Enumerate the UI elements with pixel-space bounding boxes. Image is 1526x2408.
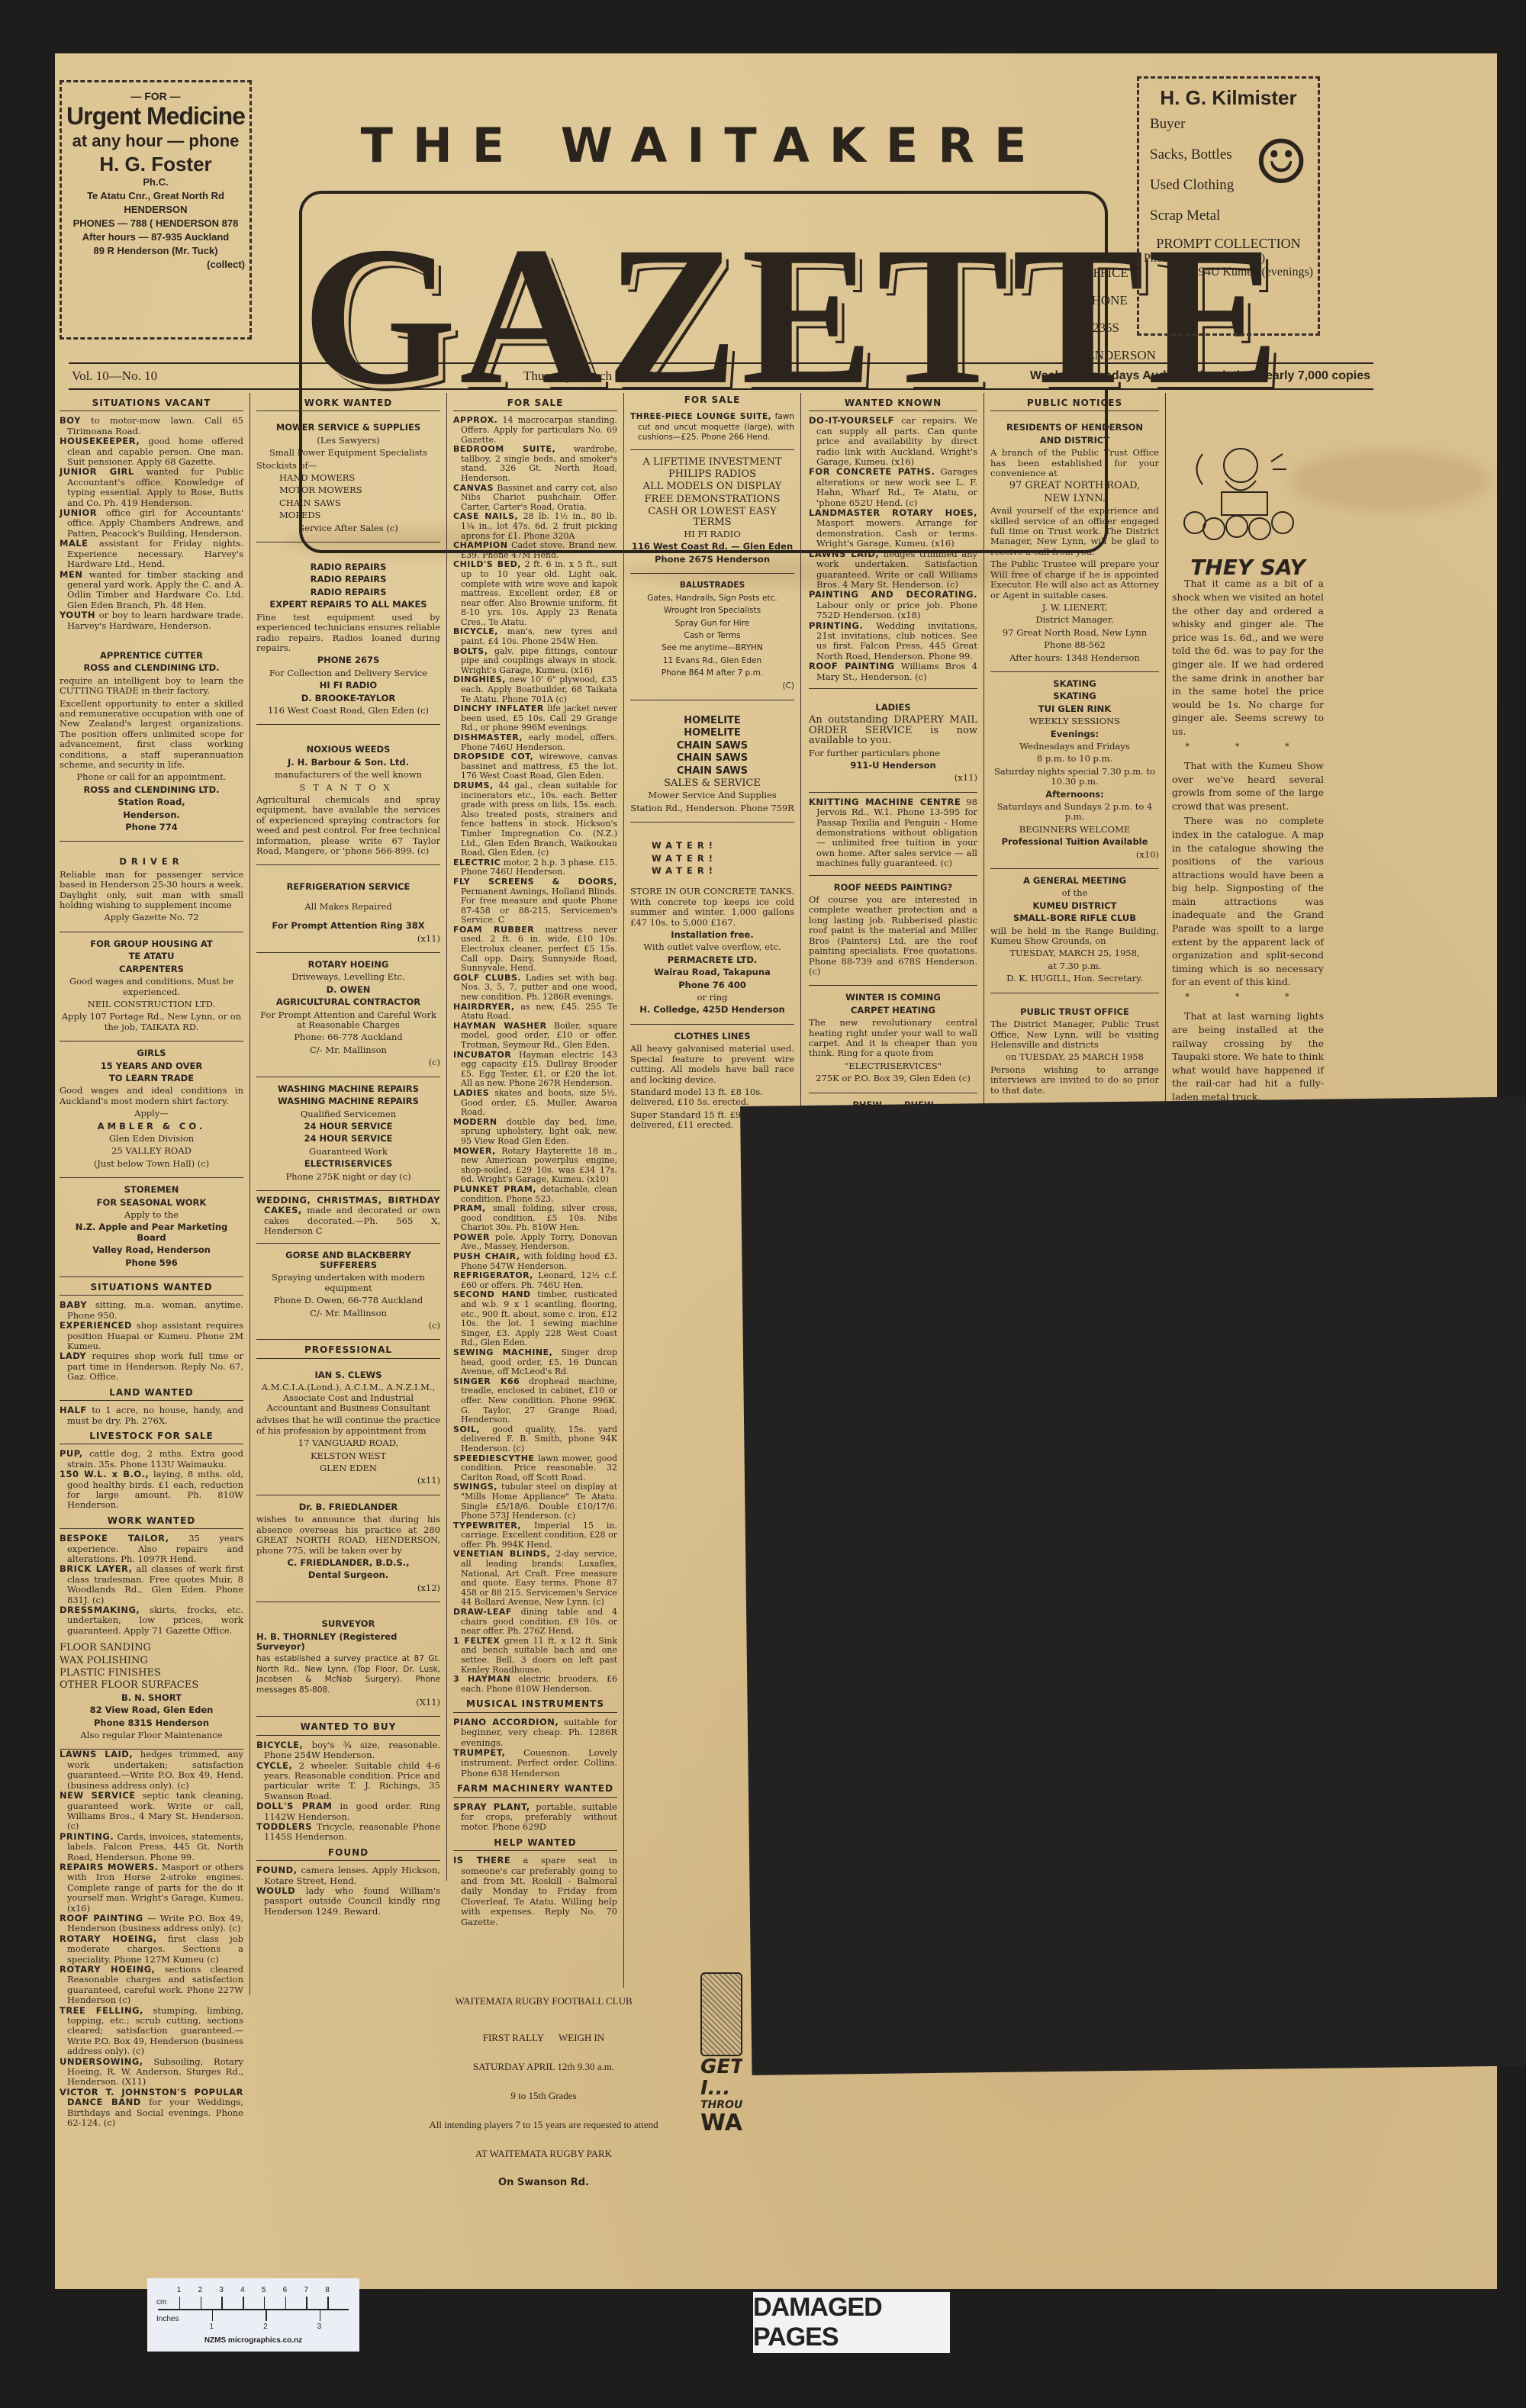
classified-key: VENETIAN BLINDS,	[453, 1549, 550, 1559]
classified-key: CANVAS	[453, 483, 494, 493]
ad-box-kilmister: H. G. Kilmister Buyer Sacks, Bottles Use…	[1137, 76, 1320, 336]
ad-line: HOMELITE	[630, 728, 794, 738]
classified-key: LADY	[60, 1350, 86, 1361]
classified-item: PUP, cattle dog, 2 mths. Extra good stra…	[60, 1449, 243, 1470]
ad-line: Evenings:	[990, 729, 1159, 739]
ad-heading: ROOF NEEDS PAINTING?	[809, 883, 977, 893]
classified-item: ROTARY HOEING, sections cleared Reasonab…	[60, 1965, 243, 2006]
classified-item: REFRIGERATOR, Leonard, 12½ c.f. £60 or o…	[453, 1271, 617, 1290]
ad-line: RADIO REPAIRS	[256, 575, 440, 584]
classified-key: PRINTING.	[809, 620, 863, 631]
classified-item: DRUMS, 44 gal., clean suitable for incin…	[453, 781, 617, 858]
ad-line: WASHING MACHINE REPAIRS	[256, 1084, 440, 1094]
column-they-say: THEY SAY That it came as a bit of a shoc…	[1166, 393, 1330, 1156]
classified-item: BRICK LAYER, all classes of work first c…	[60, 1564, 243, 1605]
ad-name: H. G. Foster	[66, 153, 245, 175]
ad-heading: CLOTHES LINES	[630, 1032, 794, 1041]
ad-body: wishes to announce that during his absen…	[256, 1515, 440, 1556]
ad-sub: Driveways, Levelling Etc.	[256, 972, 440, 982]
rugby-date: SATURDAY APRIL 12th 9.30 a.m.	[259, 2061, 828, 2073]
cm-tick	[285, 2297, 287, 2309]
notice-addr: NEW LYNN.	[990, 494, 1159, 504]
classified-item: VENETIAN BLINDS, 2-day service, all lead…	[453, 1550, 617, 1608]
classified-key: PUSH CHAIR,	[453, 1251, 520, 1261]
classified-key: SPRAY PLANT,	[453, 1801, 530, 1812]
ad-driver: DRIVER Reliable man for passenger servic…	[60, 842, 243, 932]
column-public-notices: PUBLIC NOTICES RESIDENTS OF HENDERSON AN…	[984, 393, 1166, 1156]
classified-item: WOULD lady who found William's passport …	[256, 1886, 440, 1917]
ad-company: ROSS and CLENDINING LTD.	[60, 663, 243, 673]
classified-key: JUNIOR	[60, 507, 97, 518]
classified-item: 3 HAYMAN electric brooders, £6 each. Pho…	[453, 1675, 617, 1694]
ad-sub: 15 YEARS AND OVER	[60, 1061, 243, 1071]
cm-tick-label: 4	[240, 2286, 245, 2294]
ad-line: Saturday nights special 7.30 p.m. to 10.…	[990, 767, 1159, 787]
classified-list: BOY to motor-mow lawn. Call 65 Tirimoana…	[60, 416, 243, 631]
classified-key: SINGER K66	[453, 1376, 520, 1386]
classified-item: UNDERSOWING, Subsoiling, Rotary Hoeing, …	[60, 2057, 243, 2088]
ad-line: FREE DEMONSTRATIONS	[630, 494, 794, 504]
classified-key: BEDROOM SUITE,	[453, 444, 555, 454]
classified-key: INCUBATOR	[453, 1050, 511, 1060]
classified-item: APPROX. 14 macrocarpas standing. Offers.…	[453, 416, 617, 445]
ad-name: D. OWEN	[256, 985, 440, 995]
classified-list: BABY sitting, m.a. woman, anytime. Phone…	[60, 1300, 243, 1382]
cm-tick-label: 2	[198, 2286, 203, 2294]
classified-key: SEWING MACHINE,	[453, 1347, 552, 1357]
classified-item: TYPEWRITER, Imperial 15 in. carriage. Ex…	[453, 1521, 617, 1550]
ad-body: Of course you are interested in complete…	[809, 895, 977, 977]
ad-headline: Urgent Medicine	[66, 102, 245, 130]
ad-line: manufacturers of the well known	[256, 770, 440, 780]
ad-name: "ELECTRISERVICES"	[809, 1061, 977, 1071]
ad-for: — FOR —	[66, 90, 245, 102]
ad-apply: Apply Gazette No. 72	[60, 913, 243, 922]
ad-address: Te Atatu Cnr., Great North Rd	[66, 189, 245, 203]
rugby-grades: 9 to 15th Grades	[259, 2090, 828, 2102]
ad-trade: CARPENTERS	[60, 964, 243, 974]
classified-item: BICYCLE, man's, new tyres and paint. £4 …	[453, 627, 617, 646]
damage-cover	[740, 1096, 1526, 2075]
classified-text: wanted for timber stacking and general y…	[67, 569, 243, 610]
classified-item: MODERN double day bed, lime, sprung upho…	[453, 1118, 617, 1147]
classified-item: POWER pole. Apply Torry, Donovan Ave., M…	[453, 1233, 617, 1252]
classified-key: MEN	[60, 569, 82, 580]
dateline: Vol. 10—No. 10 Thursday, March 20, 1958.…	[69, 362, 1373, 390]
classified-key: GOLF CLUBS.	[453, 973, 521, 983]
classified-list: SPRAY PLANT, portable, suitable for crop…	[453, 1802, 617, 1833]
article-paragraph: That with the Kumeu Show over we've hear…	[1172, 759, 1324, 813]
classified-item: BOLTS, galv. pipe fittings, contour pipe…	[453, 647, 617, 676]
classified-key: DRUMS,	[453, 781, 494, 790]
ad-heading: BALUSTRADES	[630, 581, 794, 591]
ad-code: (c)	[256, 1321, 440, 1331]
section-heading: FOR SALE	[453, 396, 617, 411]
ad-phone: Phone 267S Henderson	[630, 555, 794, 565]
classified-key: REFRIGERATOR,	[453, 1270, 533, 1280]
classified-text: to 1 acre, no house, handy, and must be …	[67, 1405, 243, 1425]
classified-item: TODDLERS Tricycle, reasonable Phone 1145…	[256, 1822, 440, 1843]
cm-tick-label: 3	[219, 2286, 224, 2294]
ad-addr: Station Road,	[60, 797, 243, 807]
classified-item: BABY sitting, m.a. woman, anytime. Phone…	[60, 1300, 243, 1321]
ad-line: Stockists of—	[256, 461, 440, 471]
classified-item: DRESSMAKING, skirts, frocks, etc. undert…	[60, 1605, 243, 1636]
section-heading: LAND WANTED	[60, 1386, 243, 1401]
ad-sub: FOR SEASONAL WORK	[60, 1198, 243, 1208]
ad-division: Glen Eden Division	[60, 1134, 243, 1144]
classified-key: HALF	[60, 1405, 87, 1415]
classified-item: DINGHIES, new 10' 6" plywood, £35 each. …	[453, 675, 617, 704]
ad-line: 24 HOUR SERVICE	[256, 1134, 440, 1144]
ad-line: Service After Sales (c)	[256, 523, 440, 533]
ad-heading: GORSE AND BLACKBERRY SUFFERERS	[256, 1251, 440, 1271]
classified-item: FLY SCREENS & DOORS, Permanent Awnings, …	[453, 877, 617, 926]
rugby-road: On Swanson Rd.	[259, 2177, 828, 2188]
phone-number: 235S	[1077, 314, 1135, 342]
notice-addr: 97 Great North Road, New Lynn	[990, 628, 1159, 638]
ad-line: For further particulars phone	[809, 748, 977, 758]
ad-clews: IAN S. CLEWS A.M.C.I.A.(Lond.), A.C.I.M.…	[256, 1363, 440, 1495]
ad-line: Installation free.	[630, 930, 794, 940]
ad-body: For Prompt Attention and Careful Work at…	[256, 1010, 440, 1031]
cm-tick	[179, 2297, 181, 2309]
classified-item: GOLF CLUBS. Ladies set with bag. Nos. 3,…	[453, 974, 617, 1003]
ad-brand: STANTOX	[256, 783, 440, 793]
classified-key: DINCHY INFLATER	[453, 703, 544, 713]
classified-list: LAWNS LAID, hedges trimmed, any work und…	[60, 1750, 243, 2128]
notice-date: on TUESDAY, 25 MARCH 1958	[990, 1052, 1159, 1062]
classified-list: DO-IT-YOURSELF car repairs. We can suppl…	[809, 416, 977, 682]
classified-item: LANDMASTER ROTARY HOES, Masport mowers. …	[809, 508, 977, 549]
classified-list: APPROX. 14 macrocarpas standing. Offers.…	[453, 416, 617, 1694]
ruler-brand: NZMS micrographics.co.nz	[147, 2336, 359, 2345]
ad-line: WATER!	[630, 841, 794, 851]
notice-body: The Public Trustee will prepare your Wil…	[990, 559, 1159, 600]
ad-name: HI FI RADIO	[256, 681, 440, 691]
classified-item: DROPSIDE COT, wirewove, canvas bassinet …	[453, 752, 617, 781]
classified-key: TODDLERS	[256, 1821, 312, 1832]
ad-line: or ring	[630, 993, 794, 1003]
ad-addr: 17 VANGUARD ROAD,	[256, 1438, 440, 1448]
classified-item: FOUND, camera lenses. Apply Hickson, Kot…	[256, 1866, 440, 1886]
article-body: That it came as a bit of a shock when we…	[1172, 577, 1324, 1138]
classified-item: DRAW-LEAF dining table and 4 chairs good…	[453, 1608, 617, 1637]
classified-key: UNDERSOWING,	[60, 2056, 143, 2067]
classified-item: EXPERIENCED shop assistant requires posi…	[60, 1321, 243, 1351]
ad-skating: SKATING SKATING TUI GLEN RINK WEEKLY SES…	[990, 672, 1159, 869]
ad-company: NEIL CONSTRUCTION LTD.	[60, 1000, 243, 1009]
ad-sub: All Makes Repaired	[256, 902, 440, 912]
classified-list: FOUND, camera lenses. Apply Hickson, Kot…	[256, 1866, 440, 1917]
classified-key: BICYCLE,	[453, 626, 498, 636]
classified-item: PLUNKET PRAM, detachable, clean conditio…	[453, 1185, 617, 1204]
ad-name: HI FI RADIO	[630, 530, 794, 539]
ad-line: Qualified Servicemen	[256, 1109, 440, 1119]
ad-line: 24 HOUR SERVICE	[256, 1122, 440, 1132]
ad-code: (C)	[630, 681, 794, 691]
ad-carpet-heating: WINTER IS COMING CARPET HEATING The new …	[809, 986, 977, 1093]
classified-key: FOUND,	[256, 1865, 298, 1875]
section-heading: FOUND	[256, 1846, 440, 1861]
classified-item: DINCHY INFLATER life jacket never been u…	[453, 704, 617, 733]
classified-item: BESPOKE TAILOR, 35 years experience. Als…	[60, 1534, 243, 1564]
classified-key: CYCLE,	[256, 1760, 292, 1771]
notice-body: Avail yourself of the experience and ski…	[990, 506, 1159, 557]
classified-item: SECOND HAND timber, rusticated and w.b. …	[453, 1290, 617, 1348]
ad-line: 11 Evans Rd., Glen Eden	[630, 656, 794, 666]
ad-item: HAND MOWERS	[256, 473, 440, 483]
ad-body: Good wages and conditions. Must be exper…	[60, 977, 243, 997]
ad-phones2: 94U Kumeu (evenings)	[1144, 266, 1313, 279]
ad-item: MOPEDS	[256, 510, 440, 520]
ad-body: Fine test equipment used by experienced …	[256, 613, 440, 654]
classified-key: BOLTS,	[453, 646, 488, 656]
ad-heading: ROTARY HOEING	[256, 960, 440, 970]
ad-prompt: PROMPT COLLECTION	[1144, 236, 1313, 252]
ad-line: CHAIN SAWS	[630, 741, 794, 751]
classified-key: DOLL'S PRAM	[256, 1801, 332, 1811]
classified-item: TRUMPET, Couesnon. Lovely instrument. Pe…	[453, 1748, 617, 1779]
ad-permacrete: WATER! WATER! WATER! STORE IN OUR CONCRE…	[630, 823, 794, 1025]
classified-key: ELECTRIC	[453, 858, 501, 868]
classified-item: IS THERE a spare seat in someone's car p…	[453, 1856, 617, 1927]
ad-body: STORE IN OUR CONCRETE TANKS. With concre…	[630, 887, 794, 928]
classified-key: ROOF PAINTING	[809, 661, 895, 671]
classified-key: IS THERE	[453, 1855, 510, 1866]
classified-item: MALE assistant for Friday nights. Experi…	[60, 539, 243, 569]
classified-key: 150 W.L. x B.O.,	[60, 1469, 149, 1479]
classified-item: DISHMASTER, early model, offers. Phone 7…	[453, 733, 617, 752]
ad-code: (x11)	[256, 1476, 440, 1486]
inch-label: Inches	[156, 2315, 179, 2323]
ad-balustrades: BALUSTRADES Gates, Handrails, Sign Posts…	[630, 574, 794, 700]
ad-heading: STOREMEN	[60, 1185, 243, 1195]
wantad-line: WAN...	[700, 2111, 742, 2133]
ad-line: PLASTIC FINISHES	[60, 1668, 243, 1678]
classified-item: NEW SERVICE septic tank cleaning, guaran…	[60, 1791, 243, 1832]
ad-line: Cash or Terms	[630, 631, 794, 641]
ad-line: Professional Tuition Available	[990, 837, 1159, 847]
ad-care: C/- Mr. Mallinson	[256, 1045, 440, 1055]
notice-heading: A GENERAL MEETING	[990, 876, 1159, 886]
ad-phones: PHONES — 788 ( HENDERSON 878	[66, 217, 245, 230]
classified-key: FOAM RUBBER	[453, 925, 534, 935]
ad-body: All heavy galvanised material used. Spec…	[630, 1044, 794, 1085]
ad-line: FLOOR SANDING	[60, 1643, 243, 1653]
ad-key: KNITTING MACHINE CENTRE	[809, 797, 961, 807]
ad-after-hours: After hours — 87-935 Auckland	[66, 230, 245, 244]
ad-homelite: HOMELITE HOMELITE CHAIN SAWS CHAIN SAWS …	[630, 700, 794, 823]
classified-key: LADIES	[453, 1088, 489, 1098]
ad-line: Wednesdays and Fridays	[990, 742, 1159, 752]
classified-key: DO-IT-YOURSELF	[809, 415, 894, 426]
classified-item: ROOF PAINTING — Write P.O. Box 49, Hende…	[60, 1914, 243, 1934]
ad-heading: NOXIOUS WEEDS	[256, 745, 440, 755]
volume: Vol. 10—No. 10	[72, 369, 157, 384]
ad-line: WATER!	[630, 866, 794, 876]
classified-key: DROPSIDE COT,	[453, 752, 533, 761]
ad-body: Spraying undertaken with modern equipmen…	[256, 1273, 440, 1293]
classified-item: LADY requires shop work full time or par…	[60, 1351, 243, 1382]
ad-lounge-suite: THREE-PIECE LOUNGE SUITE, fawn cut and u…	[630, 407, 794, 449]
cm-tick	[264, 2297, 266, 2309]
ad-quals: A.M.C.I.A.(Lond.), A.C.I.M., A.N.Z.I.M.,…	[256, 1383, 440, 1413]
ad-floor-sanding: FLOOR SANDING WAX POLISHING PLASTIC FINI…	[60, 1636, 243, 1750]
classified-list: IS THERE a spare seat in someone's car p…	[453, 1856, 617, 1927]
ad-phone: Phone 774	[60, 823, 243, 832]
ad-item: CHAIN SAWS	[256, 498, 440, 508]
notice-line: SMALL-BORE RIFLE CLUB	[990, 913, 1159, 923]
ad-addr: 25 VALLEY ROAD	[60, 1146, 243, 1156]
classified-key: ROTARY HOEING,	[60, 1964, 156, 1975]
classified-key: ROOF PAINTING	[60, 1913, 143, 1924]
classified-item: YOUTH or boy to learn hardware trade. Ha…	[60, 610, 243, 631]
notice-role: District Manager.	[990, 615, 1159, 625]
ad-heading: LADIES	[809, 703, 977, 713]
ad-line: BEGINNERS WELCOME	[990, 825, 1159, 835]
ad-sub: TO LEARN TRADE	[60, 1074, 243, 1083]
notice-rifle-club: A GENERAL MEETING of the KUMEU DISTRICT …	[990, 869, 1159, 993]
ad-surveyor: SURVEYOR H. B. THORNLEY (Registered Surv…	[256, 1602, 440, 1717]
issue-date: Thursday, March 20, 1958.	[523, 369, 664, 384]
notice-body: will be held in the Range Building, Kume…	[990, 926, 1159, 947]
ad-roof-painting: ROOF NEEDS PAINTING? Of course you are i…	[809, 876, 977, 987]
classified-key: CASE NAILS,	[453, 511, 518, 521]
classified-key: DINGHIES,	[453, 674, 506, 684]
classified-text: Masport mowers. Arrange for demonstratio…	[816, 517, 977, 549]
classified-key: TREE FELLING,	[60, 2005, 143, 2016]
separator: * * *	[1172, 992, 1324, 1002]
classified-key: DRAW-LEAF	[453, 1607, 512, 1617]
classified-item: BOY to motor-mow lawn. Call 65 Tirimoana…	[60, 416, 243, 436]
ad-line: H. Colledge, 425D Henderson	[630, 1005, 794, 1015]
classified-item: MOWER, Rotary Hayterette 18 in., new Ame…	[453, 1147, 617, 1185]
ad-line: SALES & SERVICE	[630, 778, 794, 788]
classified-key: BRICK LAYER,	[60, 1563, 132, 1574]
classified-key: WOULD	[256, 1885, 295, 1896]
classified-key: PAINTING AND DECORATING.	[809, 589, 977, 600]
classified-item: CYCLE, 2 wheeler. Suitable child 4-6 yea…	[256, 1761, 440, 1802]
column-situations: SITUATIONS VACANT BOY to motor-mow lawn.…	[53, 393, 250, 1995]
notice-time: at 7.30 p.m.	[990, 961, 1159, 971]
ad-apply: Apply—	[60, 1109, 243, 1119]
ad-addr: 116 West Coast Rd. — Glen Eden	[630, 542, 794, 552]
circulation: Weekly, Thursdays Audited Circulation ne…	[1030, 369, 1370, 383]
ad-addr: 116 West Coast Road, Glen Eden (c)	[256, 706, 440, 716]
classified-key: PRINTING.	[60, 1831, 114, 1842]
ad-line: WAX POLISHING	[60, 1656, 243, 1666]
ad-apply: Apply 107 Portage Rd., New Lynn, or on t…	[60, 1012, 243, 1032]
notice-date: TUESDAY, MARCH 25, 1958,	[990, 948, 1159, 958]
notice-sign: J. W. LIENERT,	[990, 603, 1159, 613]
ad-heading: WINTER IS COMING	[809, 993, 977, 1003]
cm-tick	[201, 2297, 202, 2309]
classified-key: MODERN	[453, 1117, 497, 1127]
classified-text: a spare seat in someone's car preferably…	[461, 1855, 617, 1927]
ad-line: PHILIPS RADIOS	[630, 469, 794, 479]
classified-key: TYPEWRITER,	[453, 1521, 521, 1531]
ad-role: Dental Surgeon.	[256, 1570, 440, 1580]
classified-key: HAIRDRYER,	[453, 1002, 515, 1012]
classified-item: CHILD'S BED, 2 ft. 6 in. x 5 ft., suit u…	[453, 560, 617, 627]
classified-item: HAYMAN WASHER Boiler, square model, good…	[453, 1022, 617, 1051]
notice-public-trust: RESIDENTS OF HENDERSON AND DISTRICT A br…	[990, 416, 1159, 672]
classified-text: assistant for Friday nights. Experience …	[67, 538, 243, 569]
classified-key: JUNIOR GIRL	[60, 466, 134, 477]
section-heading: PUBLIC NOTICES	[990, 396, 1159, 411]
wantad-promo: GET I... THROUG... WAN...	[700, 1972, 742, 2133]
classified-item: SINGER K66 drophead machine, treadle, en…	[453, 1377, 617, 1425]
classified-item: SPEEDIESCYTHE lawn mower, good condition…	[453, 1454, 617, 1483]
ad-company: J. H. Barbour & Son. Ltd.	[256, 758, 440, 768]
ad-name: C. FRIEDLANDER, B.D.S.,	[256, 1558, 440, 1568]
classified-key: SOIL,	[453, 1425, 480, 1434]
ad-phones: Phones: 407 Hend. (day)	[1144, 252, 1313, 266]
classified-item: DOLL'S PRAM in good order. Ring 1142W He…	[256, 1801, 440, 1822]
classified-item: ELECTRIC motor, 2 h.p. 3 phase. £15. Pho…	[453, 858, 617, 877]
classified-item: BICYCLE, boy's ¾ size, reasonable. Phone…	[256, 1740, 440, 1761]
cm-tick	[306, 2297, 307, 2309]
classified-key: SPEEDIESCYTHE	[453, 1453, 534, 1463]
ad-line: WASHING MACHINE REPAIRS	[256, 1096, 440, 1106]
classified-item: FOAM RUBBER mattress never used. 2 ft. 6…	[453, 926, 617, 974]
classified-key: NEW SERVICE	[60, 1790, 136, 1801]
inch-tick	[320, 2309, 321, 2321]
ad-company: AMBLER & CO.	[60, 1122, 243, 1132]
notice-body: Persons wishing to arrange interviews ar…	[990, 1065, 1159, 1096]
classified-list: HALF to 1 acre, no house, handy, and mus…	[60, 1405, 243, 1426]
ad-name: TUI GLEN RINK	[990, 704, 1159, 714]
ad-line: Saturdays and Sundays 2 p.m. to 4 p.m.	[990, 802, 1159, 823]
ad-item: Scrap Metal	[1144, 201, 1313, 231]
classified-item: HAIRDRYER, as new, £45. 255 Te Atatu Roa…	[453, 1003, 617, 1022]
ad-code: (x11)	[256, 934, 440, 944]
classified-key: SECOND HAND	[453, 1289, 531, 1299]
classified-key: FOR CONCRETE PATHS.	[809, 466, 935, 477]
ad-line: EXPERT REPAIRS TO ALL MAKES	[256, 600, 440, 610]
ad-heading: FOR GROUP HOUSING AT	[60, 939, 243, 949]
ad-cakes: WEDDING, CHRISTMAS, BIRTHDAY CAKES, made…	[256, 1191, 440, 1244]
classified-item: TREE FELLING, stumping, limbing, topping…	[60, 2006, 243, 2057]
ad-line2: at any hour — phone	[66, 130, 245, 153]
classified-list: BICYCLE, boy's ¾ size, reasonable. Phone…	[256, 1740, 440, 1843]
section-heading: FOR SALE	[630, 393, 794, 407]
ad-sub: (Les Sawyers)	[256, 436, 440, 446]
ad-body: An outstanding DRAPERY MAIL ORDER SERVIC…	[809, 715, 977, 745]
classified-key: BICYCLE,	[256, 1740, 303, 1750]
ad-friedlander: Dr. B. FRIEDLANDER wishes to announce th…	[256, 1495, 440, 1602]
column-wanted-known: WANTED KNOWN DO-IT-YOURSELF car repairs.…	[803, 393, 984, 1156]
classified-key: ROTARY HOEING,	[60, 1933, 157, 1944]
notice-rugby: WAITEMATA RUGBY FOOTBALL CLUB FIRST RALL…	[259, 1995, 828, 2205]
classified-key: LANDMASTER ROTARY HOES,	[809, 507, 977, 518]
notice-line: KUMEU DISTRICT	[990, 901, 1159, 911]
column-work-wanted: WORK WANTED MOWER SERVICE & SUPPLIES (Le…	[250, 393, 447, 1881]
notice-phone: After hours: 1348 Henderson	[990, 653, 1159, 663]
classified-key: DISHMASTER,	[453, 732, 523, 742]
inch-tick-label: 1	[210, 2323, 214, 2331]
ad-storemen: STOREMEN FOR SEASONAL WORK Apply to the …	[60, 1178, 243, 1277]
cm-tick-label: 6	[283, 2286, 288, 2294]
ad-line: SKATING	[990, 679, 1159, 689]
ad-phone: Phone D. Owen, 66-778 Auckland	[256, 1296, 440, 1305]
ad-name: H. G. Kilmister	[1144, 86, 1313, 109]
notice-body: A branch of the Public Trust Office has …	[990, 448, 1159, 478]
ad-care: C/- Mr. Mallinson	[256, 1309, 440, 1318]
ad-line: RADIO REPAIRS	[256, 588, 440, 597]
ad-addr: Station Rd., Henderson. Phone 759R	[630, 803, 794, 813]
